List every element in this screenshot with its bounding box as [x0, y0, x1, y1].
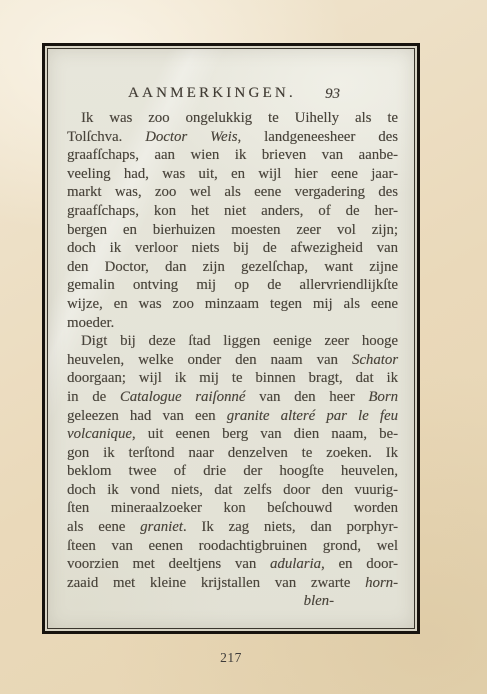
- text-segment: doorgaan; wijl ik mij te binnen bragt, d…: [67, 370, 398, 386]
- scanned-book-page: AANMERKINGEN. 93 Ik was zoo ongelukkig t…: [0, 0, 487, 694]
- text-segment: doch ik verloor niets bij de afwezigheid…: [67, 240, 398, 256]
- text-segment: . Ik zag niets, dan porphyr-: [183, 519, 398, 535]
- text-line: doch ik vond niets, dat zelfs door den v…: [67, 481, 398, 500]
- text-line: heuvelen, welke onder den naam van Schat…: [67, 351, 398, 370]
- text-segment: ſten mineraalzoeker kon beſchouwd worden: [67, 500, 398, 516]
- text-line: bergen en bierhuizen moesten zeer vol zi…: [67, 221, 398, 240]
- text-segment: graafſchaps, aan wien ik brieven van aan…: [67, 147, 398, 163]
- text-line: Tolſchva. Doctor Weis, landgeneesheer de…: [67, 128, 398, 147]
- text-line: Ik was zoo ongelukkig te Uihelly als te: [67, 109, 398, 128]
- italic-text-segment: Born: [368, 389, 398, 405]
- italic-text-segment: horn-: [365, 575, 398, 591]
- text-segment: geleezen had van een: [67, 408, 227, 424]
- text-line: Digt bij deze ſtad liggen eenige zeer ho…: [67, 332, 398, 351]
- text-segment: Digt bij deze ſtad liggen eenige zeer ho…: [81, 333, 398, 349]
- body-text: Ik was zoo ongelukkig te Uihelly als teT…: [67, 109, 398, 611]
- catchword: blen-: [67, 592, 398, 611]
- italic-text-segment: granite alteré par le feu: [227, 408, 398, 424]
- text-line: geleezen had van een granite alteré par …: [67, 407, 398, 426]
- text-line: zaaid met kleine krijstallen van zwarte …: [67, 574, 398, 593]
- text-segment: als eene: [67, 519, 140, 535]
- text-line: doorgaan; wijl ik mij te binnen bragt, d…: [67, 369, 398, 388]
- italic-text-segment: Catalogue raiſonné: [120, 389, 246, 405]
- text-segment: veeling had, was uit, en wijl hier eene …: [67, 166, 398, 182]
- italic-text-segment: volcanique: [67, 426, 132, 442]
- text-segment: markt was, zoo wel als eene vergadering …: [67, 184, 398, 200]
- page-paper: AANMERKINGEN. 93 Ik was zoo ongelukkig t…: [47, 48, 415, 629]
- text-line: veeling had, was uit, en wijl hier eene …: [67, 165, 398, 184]
- page-border-frame: AANMERKINGEN. 93 Ik was zoo ongelukkig t…: [42, 43, 420, 634]
- italic-text-segment: adularia: [270, 556, 321, 572]
- page-header: AANMERKINGEN. 93: [48, 85, 414, 105]
- text-line: beklom twee of drie der hoogſte heuvelen…: [67, 462, 398, 481]
- text-segment: , landgeneesheer des: [237, 129, 398, 145]
- text-segment: den Doctor, dan zijn gezelſchap, want zi…: [67, 259, 398, 275]
- text-line: wijze, en was zoo minzaam tegen mij als …: [67, 295, 398, 314]
- text-segment: , en door-: [321, 556, 398, 572]
- text-segment: gemalin ontving mij op de allervriendlij…: [67, 277, 398, 293]
- text-segment: Tolſchva.: [67, 129, 145, 145]
- text-segment: , uit eenen berg van dien naam, be-: [132, 426, 398, 442]
- scan-footer: 217: [42, 650, 420, 666]
- text-line: moeder.: [67, 314, 398, 333]
- text-line: doch ik verloor niets bij de afwezigheid…: [67, 239, 398, 258]
- text-line: den Doctor, dan zijn gezelſchap, want zi…: [67, 258, 398, 277]
- text-line: als eene graniet. Ik zag niets, dan porp…: [67, 518, 398, 537]
- text-line: gon ik terſtond naar denzelven te zoeken…: [67, 444, 398, 463]
- text-segment: van den heer: [245, 389, 368, 405]
- italic-text-segment: Schator: [352, 352, 398, 368]
- italic-text-segment: blen-: [304, 593, 334, 609]
- text-segment: wijze, en was zoo minzaam tegen mij als …: [67, 296, 398, 312]
- text-line: graafſchaps, aan wien ik brieven van aan…: [67, 146, 398, 165]
- text-line: gemalin ontving mij op de allervriendlij…: [67, 276, 398, 295]
- running-title: AANMERKINGEN.: [128, 85, 296, 102]
- text-segment: graafſchaps, kon het niet anders, of de …: [67, 203, 398, 219]
- text-segment: heuvelen, welke onder den naam van: [67, 352, 352, 368]
- text-line: voorzien met deeltjens van adularia, en …: [67, 555, 398, 574]
- text-line: ſteen van eenen roodachtigbruinen grond,…: [67, 537, 398, 556]
- text-segment: doch ik vond niets, dat zelfs door den v…: [67, 482, 398, 498]
- text-line: in de Catalogue raiſonné van den heer Bo…: [67, 388, 398, 407]
- text-line: ſten mineraalzoeker kon beſchouwd worden: [67, 499, 398, 518]
- scan-page-number: 217: [220, 650, 242, 665]
- text-segment: Ik was zoo ongelukkig te Uihelly als te: [81, 110, 398, 126]
- text-segment: zaaid met kleine krijstallen van zwarte: [67, 575, 365, 591]
- italic-text-segment: graniet: [140, 519, 183, 535]
- page-number: 93: [325, 86, 340, 103]
- text-line: graafſchaps, kon het niet anders, of de …: [67, 202, 398, 221]
- text-segment: ſteen van eenen roodachtigbruinen grond,…: [67, 538, 398, 554]
- italic-text-segment: Doctor Weis: [145, 129, 237, 145]
- text-line: volcanique, uit eenen berg van dien naam…: [67, 425, 398, 444]
- text-line: markt was, zoo wel als eene vergadering …: [67, 183, 398, 202]
- text-segment: moeder.: [67, 315, 114, 331]
- text-segment: in de: [67, 389, 120, 405]
- text-segment: voorzien met deeltjens van: [67, 556, 270, 572]
- text-segment: beklom twee of drie der hoogſte heuvelen…: [67, 463, 398, 479]
- text-segment: bergen en bierhuizen moesten zeer vol zi…: [67, 222, 398, 238]
- text-segment: gon ik terſtond naar denzelven te zoeken…: [67, 445, 398, 461]
